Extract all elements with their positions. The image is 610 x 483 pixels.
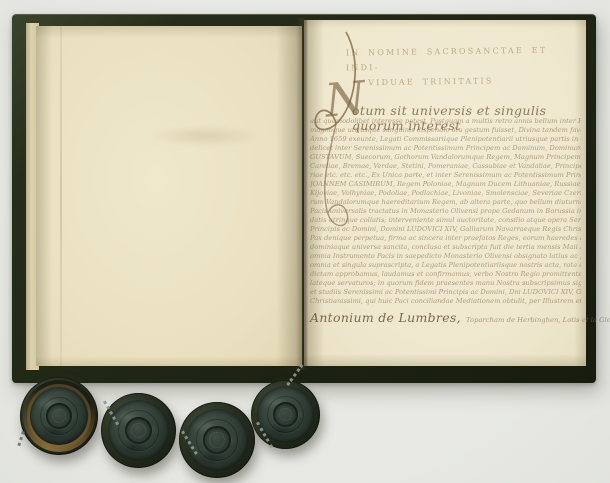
manuscript-line: rum Vandalorumque haereditarium Regem, a… [310,198,581,207]
seal-embossed-center [273,402,298,427]
manuscript-line: datis utrinque collatis; interveniente s… [310,216,581,225]
ink-show-through [148,126,260,146]
page-fold-line [60,26,62,366]
manuscript-line: Anno 1659 exeunte, Legati Commissariique… [310,135,581,144]
manuscript-line: Pax denique perpetua, firma ac sincera i… [310,234,581,243]
seal-wax [30,387,88,445]
closing-line: Antonium de Lumbres, Toparcham de Herbin… [310,307,584,326]
seal-wax [108,400,170,462]
manuscript-line: delicet inter Serenissimum ac Potentissi… [310,144,581,153]
photograph-of-sealed-treaty-book: IN NOMINE SACROSANCTAE ET INDI- VIDUAE T… [0,0,610,483]
manuscript-line: lateque servaturos; in quorum fidem prae… [310,279,581,288]
manuscript-line: omnia Instrumento Pacis in saepedicto Mo… [310,252,581,261]
manuscript-line: magnoque utriusque sanguinis dispendio d… [310,126,581,135]
ambassador-name: Antonium de Lumbres, [310,310,461,325]
seal-chain-link [17,431,24,446]
pendant-seal-4 [251,380,320,449]
manuscript-line: et studiis Serenissimi ac Potentissimi P… [310,288,581,297]
invocation-line-2: VIDUAE TRINITATIS [346,72,562,90]
manuscript-line: GUSTAVUM, Suecorum, Gothorum Vandalorumq… [310,153,581,162]
pendant-seal-2 [101,393,176,468]
manuscript-line: dictam approbamus, laudamus et confirmam… [310,270,581,279]
seal-embossed-center [203,426,230,453]
manuscript-line: aut quomodolibet interesse potest, Postq… [310,117,581,126]
manuscript-line: Kijoviae, Volhyniae, Podoliae, Podlachia… [310,189,581,198]
seal-embossed-center [125,417,152,444]
manuscript-line: riae etc. etc. etc., Ex Unica parte, et … [310,171,581,180]
manuscript-line: Principis ac Domini, Domini LUDOVICI XIV… [310,225,581,234]
book-gutter-shadow [296,18,308,370]
seal-embossed-center [46,403,71,428]
seal-wax [186,409,248,471]
manuscript-line: Careliae, Bremae, Verdae, Stetini, Pomer… [310,162,581,171]
manuscript-line: omnia et singula suprascripta, a Legatis… [310,261,581,270]
pendant-seal-1 [20,377,98,455]
manuscript-line: Pacis universalis tractatus in Monasteri… [310,207,581,216]
manuscript-line: JOANNEM CASIMIRUM, Regem Poloniae, Magnu… [310,180,581,189]
invocation-line-1: IN NOMINE SACROSANCTAE ET INDI- [346,46,548,73]
right-page-manuscript: IN NOMINE SACROSANCTAE ET INDI- VIDUAE T… [304,20,586,366]
manuscript-line: Christianissimi, qui huic Paci concilian… [310,297,581,306]
ambassador-titles: Toparcham de Herbinghen, Lotis et la Glo… [466,316,610,324]
manuscript-line: dominiaque universa sancita, conclusa et… [310,243,581,252]
manuscript-body-text: aut quomodolibet interesse potest, Postq… [310,117,581,306]
left-page-blank [36,26,302,366]
invocation-heading: IN NOMINE SACROSANCTAE ET INDI- VIDUAE T… [346,42,563,90]
pendant-seal-3 [179,402,255,478]
